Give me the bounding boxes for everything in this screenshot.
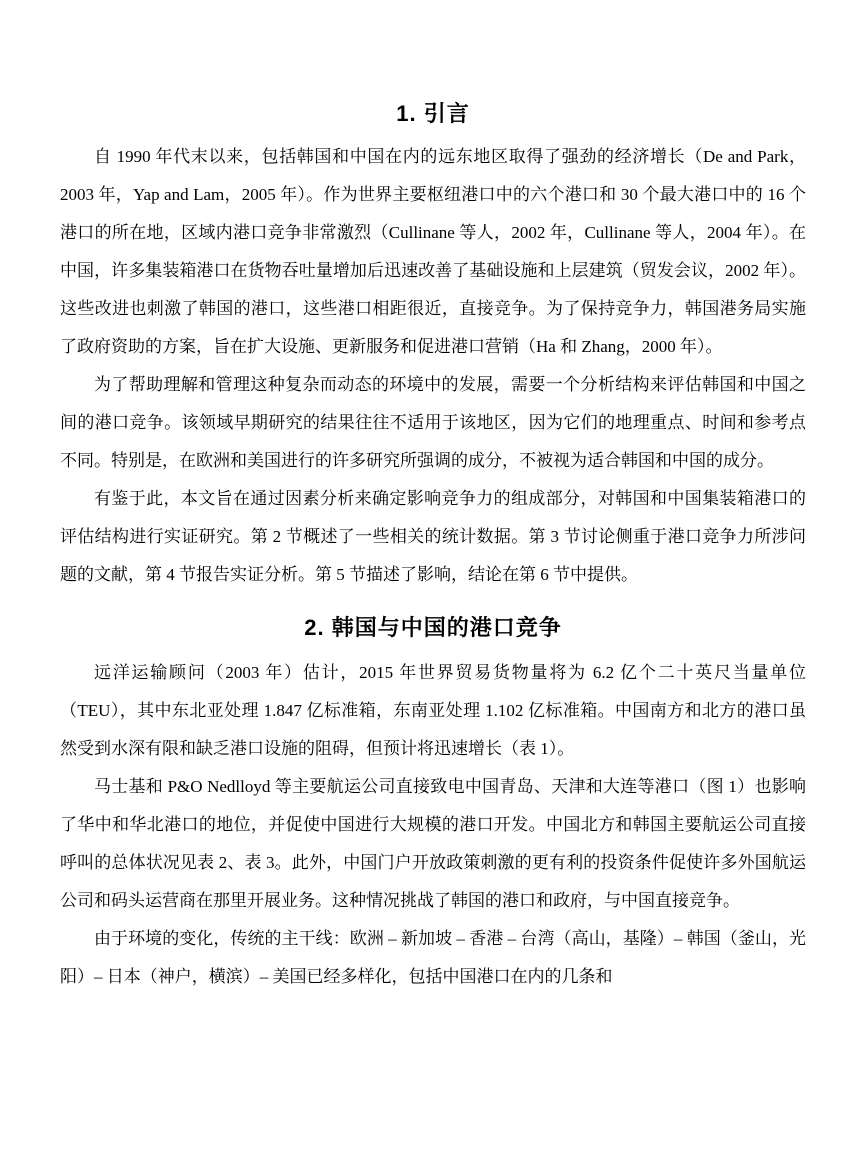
document-page: 1. 引言 自 1990 年代末以来，包括韩国和中国在内的远东地区取得了强劲的经… bbox=[0, 0, 846, 1155]
paragraph-2-2: 马士基和 P&O Nedlloyd 等主要航运公司直接致电中国青岛、天津和大连等… bbox=[60, 768, 806, 920]
section-1-heading: 1. 引言 bbox=[60, 94, 806, 134]
paragraph-2-1: 远洋运输顾问（2003 年）估计，2015 年世界贸易货物量将为 6.2 亿个二… bbox=[60, 654, 806, 768]
paragraph-1-2: 为了帮助理解和管理这种复杂而动态的环境中的发展，需要一个分析结构来评估韩国和中国… bbox=[60, 366, 806, 480]
section-port-competition: 2. 韩国与中国的港口竞争 远洋运输顾问（2003 年）估计，2015 年世界贸… bbox=[60, 608, 806, 996]
paragraph-1-3: 有鉴于此，本文旨在通过因素分析来确定影响竞争力的组成部分，对韩国和中国集装箱港口… bbox=[60, 480, 806, 594]
section-introduction: 1. 引言 自 1990 年代末以来，包括韩国和中国在内的远东地区取得了强劲的经… bbox=[60, 94, 806, 594]
section-2-heading: 2. 韩国与中国的港口竞争 bbox=[60, 608, 806, 648]
paragraph-1-1: 自 1990 年代末以来，包括韩国和中国在内的远东地区取得了强劲的经济增长（De… bbox=[60, 138, 806, 366]
paragraph-2-3: 由于环境的变化，传统的主干线：欧洲 – 新加坡 – 香港 – 台湾（高山，基隆）… bbox=[60, 920, 806, 996]
